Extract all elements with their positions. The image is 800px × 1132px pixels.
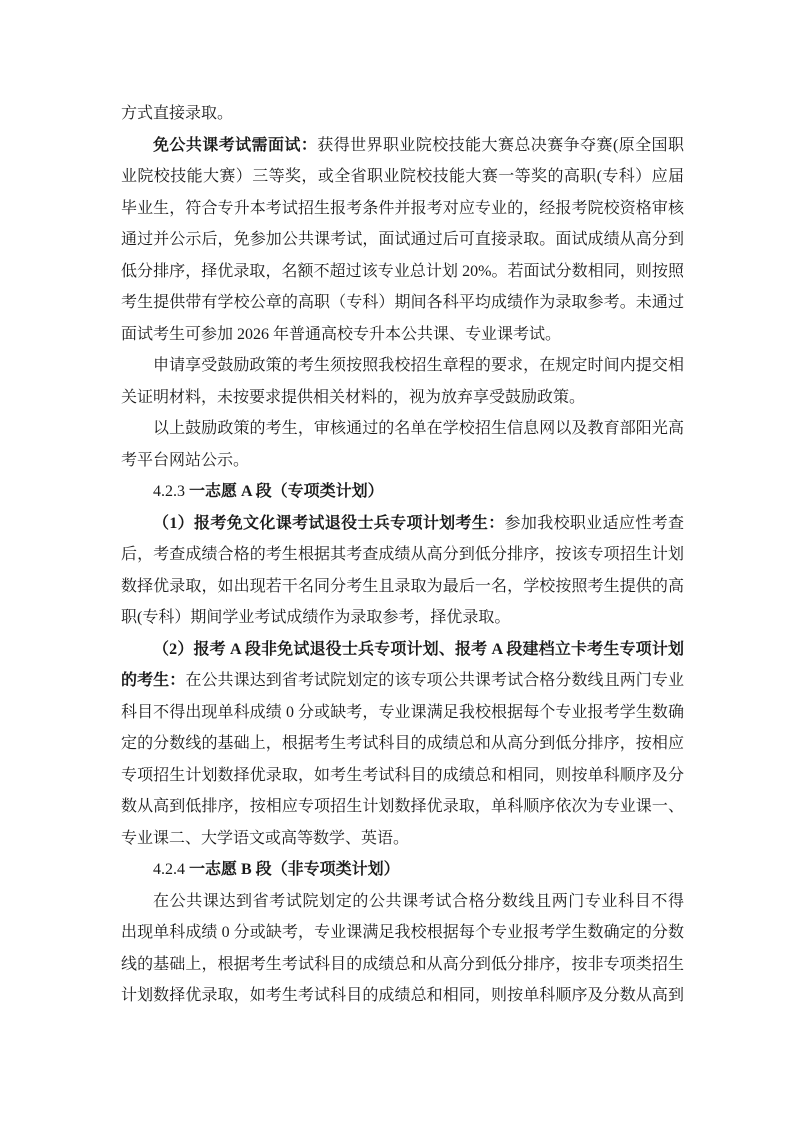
text-line: 科目不得出现单科成绩 0 分或缺考，专业课满足我校根据每个专业报考学生数确: [121, 697, 684, 729]
text-run: 在公共课达到省考试院划定的该专项公共课考试合格分数线且两门专业: [185, 672, 684, 689]
text-line: （2）报考 A 段非免试退役士兵专项计划、报考 A 段建档立卡考生专项计划: [121, 634, 684, 666]
text-line: 线的基础上，根据考生考试科目的成绩总和从高分到低分排序，按非专项类招生: [121, 949, 684, 981]
section-heading: 4.2.4 一志愿 B 段（非专项类计划）: [121, 854, 684, 886]
text-line: 低分排序，择优录取，名额不超过该专业总计划 20%。若面试分数相同，则按照: [121, 256, 684, 288]
text-run: 线的基础上，根据考生考试科目的成绩总和从高分到低分排序，按非专项类招生: [121, 956, 684, 973]
text-run: 通过并公示后，免参加公共课考试，面试通过后可直接录取。面试成绩从高分到: [121, 231, 684, 248]
text-run: 数从高到低排序，按相应专项招生计划数择优录取，单科顺序依次为专业课一、: [121, 798, 684, 815]
text-run: 方式直接录取。: [121, 105, 233, 122]
text-line: 考平台网站公示。: [121, 445, 684, 477]
text-run: 出现单科成绩 0 分或缺考，专业课满足我校根据每个专业报考学生数确定的分数: [121, 924, 684, 941]
text-run: 低分排序，择优录取，名额不超过该专业总计划 20%。若面试分数相同，则按照: [121, 263, 684, 280]
text-line: 计划数择优录取，如考生考试科目的成绩总和相同，则按单科顺序及分数从高到: [121, 980, 684, 1012]
bold-text-run: 一志愿 A 段（专项类计划）: [189, 483, 384, 500]
text-line: 免公共课考试需面试：获得世界职业院校技能大赛总决赛争夺赛(原全国职: [121, 130, 684, 162]
text-line: 数择优录取，如出现若干名同分考生且录取为最后一名，学校按照考生提供的高: [121, 571, 684, 603]
text-line: 面试考生可参加 2026 年普通高校专升本公共课、专业课考试。: [121, 319, 684, 351]
bold-text-run: （1）报考免文化课考试退役士兵专项计划考生：: [153, 515, 505, 532]
text-line: （1）报考免文化课考试退役士兵专项计划考生：参加我校职业适应性考查: [121, 508, 684, 540]
text-line: 专项招生计划数择优录取，如考生考试科目的成绩总和相同，则按单科顺序及分: [121, 760, 684, 792]
text-run: 获得世界职业院校技能大赛总决赛争夺赛(原全国职: [317, 137, 684, 154]
text-run: 专业课二、大学语文或高等数学、英语。: [121, 830, 409, 847]
text-line: 以上鼓励政策的考生，审核通过的名单在学校招生信息网以及教育部阳光高: [121, 413, 684, 445]
text-line: 申请享受鼓励政策的考生须按照我校招生章程的要求，在规定时间内提交相: [121, 350, 684, 382]
text-run: 4.2.3: [153, 483, 189, 500]
text-run: 考平台网站公示。: [121, 452, 249, 469]
document-body: 方式直接录取。免公共课考试需面试：获得世界职业院校技能大赛总决赛争夺赛(原全国职…: [121, 98, 684, 1012]
text-run: 计划数择优录取，如考生考试科目的成绩总和相同，则按单科顺序及分数从高到: [121, 987, 684, 1004]
text-run: 数择优录取，如出现若干名同分考生且录取为最后一名，学校按照考生提供的高: [121, 578, 684, 595]
text-run: 以上鼓励政策的考生，审核通过的名单在学校招生信息网以及教育部阳光高: [153, 420, 684, 437]
text-run: 4.2.4: [153, 861, 189, 878]
bold-text-run: 免公共课考试需面试：: [153, 137, 317, 154]
section-heading: 4.2.3 一志愿 A 段（专项类计划）: [121, 476, 684, 508]
text-line: 定的分数线的基础上，根据考生考试科目的成绩总和从高分到低分排序，按相应: [121, 728, 684, 760]
text-line: 关证明材料，未按要求提供相关材料的，视为放弃享受鼓励政策。: [121, 382, 684, 414]
text-run: 专项招生计划数择优录取，如考生考试科目的成绩总和相同，则按单科顺序及分: [121, 767, 684, 784]
text-line: 方式直接录取。: [121, 98, 684, 130]
text-line: 的考生：在公共课达到省考试院划定的该专项公共课考试合格分数线且两门专业: [121, 665, 684, 697]
text-line: 毕业生，符合专升本考试招生报考条件并报考对应专业的，经报考院校资格审核: [121, 193, 684, 225]
bold-text-run: （2）报考 A 段非免试退役士兵专项计划、报考 A 段建档立卡考生专项计划: [153, 641, 684, 658]
text-run: 业院校技能大赛）三等奖，或全省职业院校技能大赛一等奖的高职(专科）应届: [121, 168, 684, 185]
text-run: 参加我校职业适应性考查: [505, 515, 684, 532]
text-run: 在公共课达到省考试院划定的公共课考试合格分数线且两门专业科目不得: [153, 893, 684, 910]
bold-text-run: 的考生：: [121, 672, 185, 689]
text-run: 毕业生，符合专升本考试招生报考条件并报考对应专业的，经报考院校资格审核: [121, 200, 684, 217]
bold-text-run: 一志愿 B 段（非专项类计划）: [189, 861, 400, 878]
text-run: 职(专科）期间学业考试成绩作为录取参考，择优录取。: [121, 609, 510, 626]
text-line: 业院校技能大赛）三等奖，或全省职业院校技能大赛一等奖的高职(专科）应届: [121, 161, 684, 193]
text-run: 定的分数线的基础上，根据考生考试科目的成绩总和从高分到低分排序，按相应: [121, 735, 684, 752]
document-page: 方式直接录取。免公共课考试需面试：获得世界职业院校技能大赛总决赛争夺赛(原全国职…: [0, 0, 800, 1132]
text-line: 通过并公示后，免参加公共课考试，面试通过后可直接录取。面试成绩从高分到: [121, 224, 684, 256]
text-run: 科目不得出现单科成绩 0 分或缺考，专业课满足我校根据每个专业报考学生数确: [121, 704, 684, 721]
text-run: 考生提供带有学校公章的高职（专科）期间各科平均成绩作为录取参考。未通过: [121, 294, 684, 311]
text-line: 专业课二、大学语文或高等数学、英语。: [121, 823, 684, 855]
text-line: 职(专科）期间学业考试成绩作为录取参考，择优录取。: [121, 602, 684, 634]
text-run: 后，考查成绩合格的考生根据其考查成绩从高分到低分排序，按该专项招生计划: [121, 546, 684, 563]
text-run: 关证明材料，未按要求提供相关材料的，视为放弃享受鼓励政策。: [121, 389, 585, 406]
text-line: 在公共课达到省考试院划定的公共课考试合格分数线且两门专业科目不得: [121, 886, 684, 918]
text-line: 考生提供带有学校公章的高职（专科）期间各科平均成绩作为录取参考。未通过: [121, 287, 684, 319]
text-line: 数从高到低排序，按相应专项招生计划数择优录取，单科顺序依次为专业课一、: [121, 791, 684, 823]
text-run: 面试考生可参加 2026 年普通高校专升本公共课、专业课考试。: [121, 326, 561, 343]
text-line: 后，考查成绩合格的考生根据其考查成绩从高分到低分排序，按该专项招生计划: [121, 539, 684, 571]
text-run: 申请享受鼓励政策的考生须按照我校招生章程的要求，在规定时间内提交相: [153, 357, 684, 374]
text-line: 出现单科成绩 0 分或缺考，专业课满足我校根据每个专业报考学生数确定的分数: [121, 917, 684, 949]
